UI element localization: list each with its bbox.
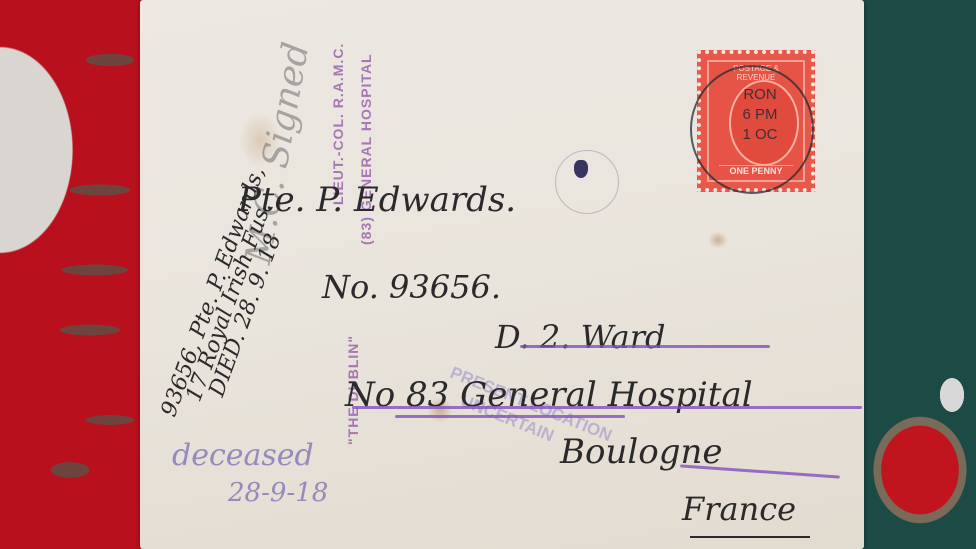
country-underline xyxy=(690,536,810,538)
postmark-town: RON xyxy=(740,85,780,105)
green-fabric-background xyxy=(860,0,976,549)
address-hospital: No 83 General Hospital xyxy=(345,375,753,415)
strike-hospital-second xyxy=(395,415,625,418)
strike-hospital xyxy=(352,406,862,409)
address-number: No. 93656. xyxy=(322,268,501,306)
faint-circle-mark xyxy=(555,150,619,214)
postmark-date: 1 OC xyxy=(740,125,780,145)
address-ward: D. 2. Ward xyxy=(495,318,666,356)
postmark-time: 6 PM xyxy=(740,105,780,125)
address-name: Pte. P. Edwards. xyxy=(238,180,516,220)
red-fabric-background xyxy=(0,0,160,549)
strike-ward xyxy=(520,345,770,348)
deceased-word: deceased xyxy=(172,438,314,473)
ink-blot xyxy=(574,160,588,178)
address-country: France xyxy=(682,490,796,528)
postmark-text: RON 6 PM 1 OC xyxy=(740,85,780,145)
deceased-date: 28-9-18 xyxy=(228,478,328,508)
